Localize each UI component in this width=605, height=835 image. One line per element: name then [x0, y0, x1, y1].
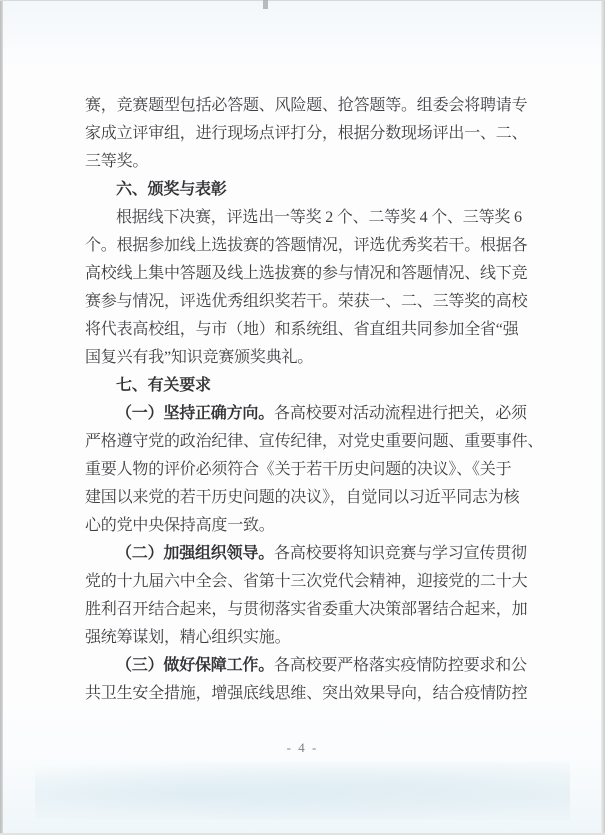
text-segment: 个。根据参加线上选拔赛的答题情况，评选优秀奖若干。根据各	[85, 237, 527, 254]
text-segment: 赛参与情况，评选优秀组织奖若干。荣获一、二、三等奖的高校	[85, 293, 527, 310]
text-line: 个。根据参加线上选拔赛的答题情况，评选优秀奖若干。根据各	[85, 232, 529, 260]
text-line: 将代表高校组，与市（地）和系统组、省直组共同参加全省“强	[85, 316, 529, 344]
text-segment: 三等奖。	[85, 153, 148, 170]
scanned-document-page: { "document": { "page_number": "- 4 -", …	[0, 0, 605, 835]
text-line: 高校线上集中答题及线上选拔赛的参与情况和答题情况、线下竞	[85, 260, 529, 288]
text-line: 家成立评审组，进行现场点评打分，根据分数现场评出一、二、	[85, 120, 529, 148]
text-line: 严格遵守党的政治纪律、宣传纪律，对党史重要问题、重要事件、	[85, 428, 529, 456]
text-segment: 各高校要将知识竞赛与学习宣传贯彻	[274, 545, 527, 562]
text-segment: 党的十九届六中全会、省第十三次党代会精神，迎接党的二十大	[85, 573, 527, 590]
scan-edge-right	[601, 0, 605, 835]
text-segment: 赛，竞赛题型包括必答题、风险题、抢答题等。组委会将聘请专	[85, 97, 527, 114]
section-heading: 六、颁奖与表彰	[85, 176, 529, 204]
bold-text-segment: 七、有关要求	[116, 377, 211, 394]
scan-edge-top	[0, 0, 605, 1]
text-segment: 严格遵守党的政治纪律、宣传纪律，对党史重要问题、重要事件、	[85, 433, 543, 450]
text-segment: 重要人物的评价必须符合《关于若干历史问题的决议》、《关于	[85, 461, 511, 478]
text-line: 强统筹谋划，精心组织实施。	[85, 624, 529, 652]
bold-text-segment: 六、颁奖与表彰	[116, 181, 227, 198]
page-number: - 4 -	[0, 740, 605, 756]
text-line: 胜利召开结合起来，与贯彻落实省委重大决策部署结合起来，加	[85, 596, 529, 624]
text-segment: 国复兴有我”知识竞赛颁奖典礼。	[85, 349, 313, 366]
text-line: 根据线下决赛，评选出一等奖 2 个、二等奖 4 个、三等奖 6	[85, 204, 529, 232]
text-segment: 各高校要严格落实疫情防控要求和公	[274, 657, 527, 674]
text-segment: 强统筹谋划，精心组织实施。	[85, 629, 290, 646]
text-segment: 建国以来党的若干历史问题的决议》，自觉同以习近平同志为核	[85, 489, 519, 506]
text-segment: 胜利召开结合起来，与贯彻落实省委重大决策部署结合起来，加	[85, 601, 527, 618]
text-line: 赛参与情况，评选优秀组织奖若干。荣获一、二、三等奖的高校	[85, 288, 529, 316]
text-line: 国复兴有我”知识竞赛颁奖典礼。	[85, 344, 529, 372]
text-line: 三等奖。	[85, 148, 529, 176]
text-segment: 各高校要对活动流程进行把关，必须	[274, 405, 527, 422]
text-segment: 将代表高校组，与市（地）和系统组、省直组共同参加全省“强	[85, 321, 519, 338]
section-heading: 七、有关要求	[85, 372, 529, 400]
text-segment: 高校线上集中答题及线上选拔赛的参与情况和答题情况、线下竞	[85, 265, 527, 282]
text-segment: 共卫生安全措施，增强底线思维、突出效果导向，结合疫情防控	[85, 685, 527, 702]
text-line: 党的十九届六中全会、省第十三次党代会精神，迎接党的二十大	[85, 568, 529, 596]
bold-text-segment: （一）坚持正确方向。	[116, 405, 274, 422]
text-line: 心的党中央保持高度一致。	[85, 512, 529, 540]
text-line: （一）坚持正确方向。各高校要对活动流程进行把关，必须	[85, 400, 529, 428]
text-line: （二）加强组织领导。各高校要将知识竞赛与学习宣传贯彻	[85, 540, 529, 568]
text-segment: 根据线下决赛，评选出一等奖 2 个、二等奖 4 个、三等奖 6	[116, 209, 522, 226]
text-line: 共卫生安全措施，增强底线思维、突出效果导向，结合疫情防控	[85, 680, 529, 708]
scan-edge-left	[0, 0, 3, 835]
bold-text-segment: （二）加强组织领导。	[116, 545, 274, 562]
document-lines: 赛，竞赛题型包括必答题、风险题、抢答题等。组委会将聘请专家成立评审组，进行现场点…	[85, 92, 529, 708]
text-line: （三）做好保障工作。各高校要严格落实疫情防控要求和公	[85, 652, 529, 680]
document-body: 赛，竞赛题型包括必答题、风险题、抢答题等。组委会将聘请专家成立评审组，进行现场点…	[85, 92, 529, 708]
text-line: 赛，竞赛题型包括必答题、风险题、抢答题等。组委会将聘请专	[85, 92, 529, 120]
scan-artifact-mark	[263, 0, 268, 9]
text-segment: 家成立评审组，进行现场点评打分，根据分数现场评出一、二、	[85, 125, 527, 142]
bleedthrough-artifact	[35, 762, 570, 820]
text-line: 建国以来党的若干历史问题的决议》，自觉同以习近平同志为核	[85, 484, 529, 512]
text-line: 重要人物的评价必须符合《关于若干历史问题的决议》、《关于	[85, 456, 529, 484]
text-segment: 心的党中央保持高度一致。	[85, 517, 275, 534]
bold-text-segment: （三）做好保障工作。	[116, 657, 274, 674]
